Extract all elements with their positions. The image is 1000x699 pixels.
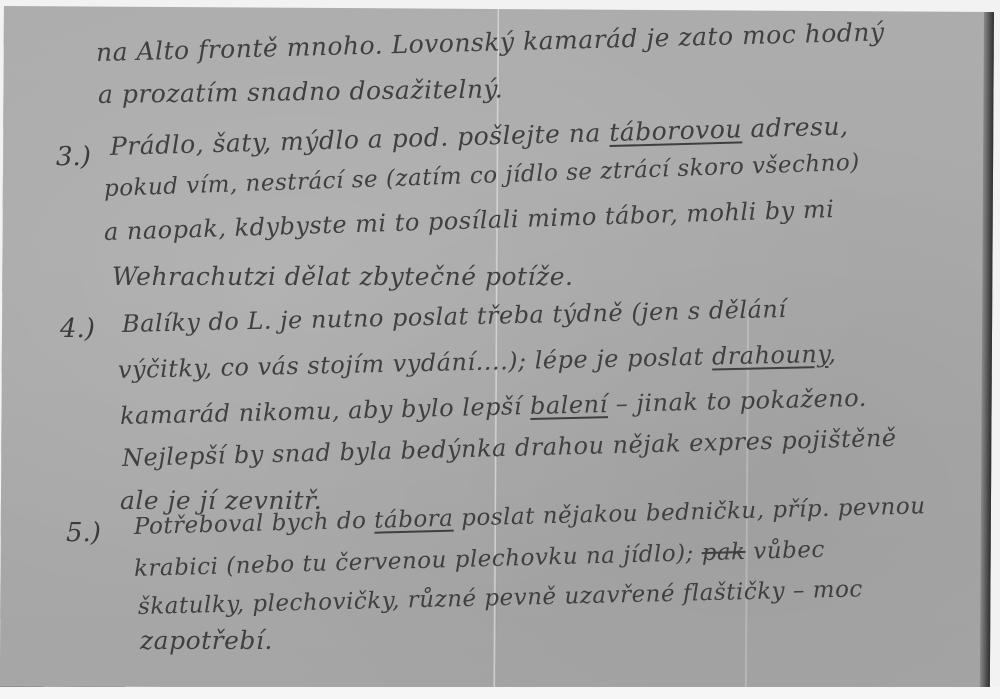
section-number: 5.) xyxy=(66,518,101,548)
scan-margin xyxy=(0,687,1000,699)
letter-line: a prozatím snadno dosažitelný. xyxy=(98,74,504,109)
underlined-word: tábora xyxy=(374,506,454,534)
scanned-letter: na Alto frontě mnoho. Lovonský kamarád j… xyxy=(0,0,1000,699)
line-text: Wehrachutzi dělat zbytečné potíže. xyxy=(112,262,573,291)
line-text: a prozatím snadno dosažitelný. xyxy=(98,74,504,109)
line-text: zapotřebí. xyxy=(140,626,273,655)
paper-edge-shadow xyxy=(980,12,994,692)
underlined-word: drahouny xyxy=(712,340,829,371)
section-number: 3.) xyxy=(56,142,91,172)
line-text: vůbec xyxy=(745,537,825,565)
section-number: 4.) xyxy=(60,314,95,344)
underlined-word: balení xyxy=(530,390,608,420)
struck-word: pak xyxy=(701,539,746,566)
letter-line: Wehrachutzi dělat zbytečné potíže. xyxy=(112,262,573,291)
line-text: , xyxy=(828,340,837,368)
letter-line: zapotřebí. xyxy=(140,626,273,655)
line-text: adresu, xyxy=(742,111,849,143)
underlined-word: táborovou xyxy=(609,114,743,147)
